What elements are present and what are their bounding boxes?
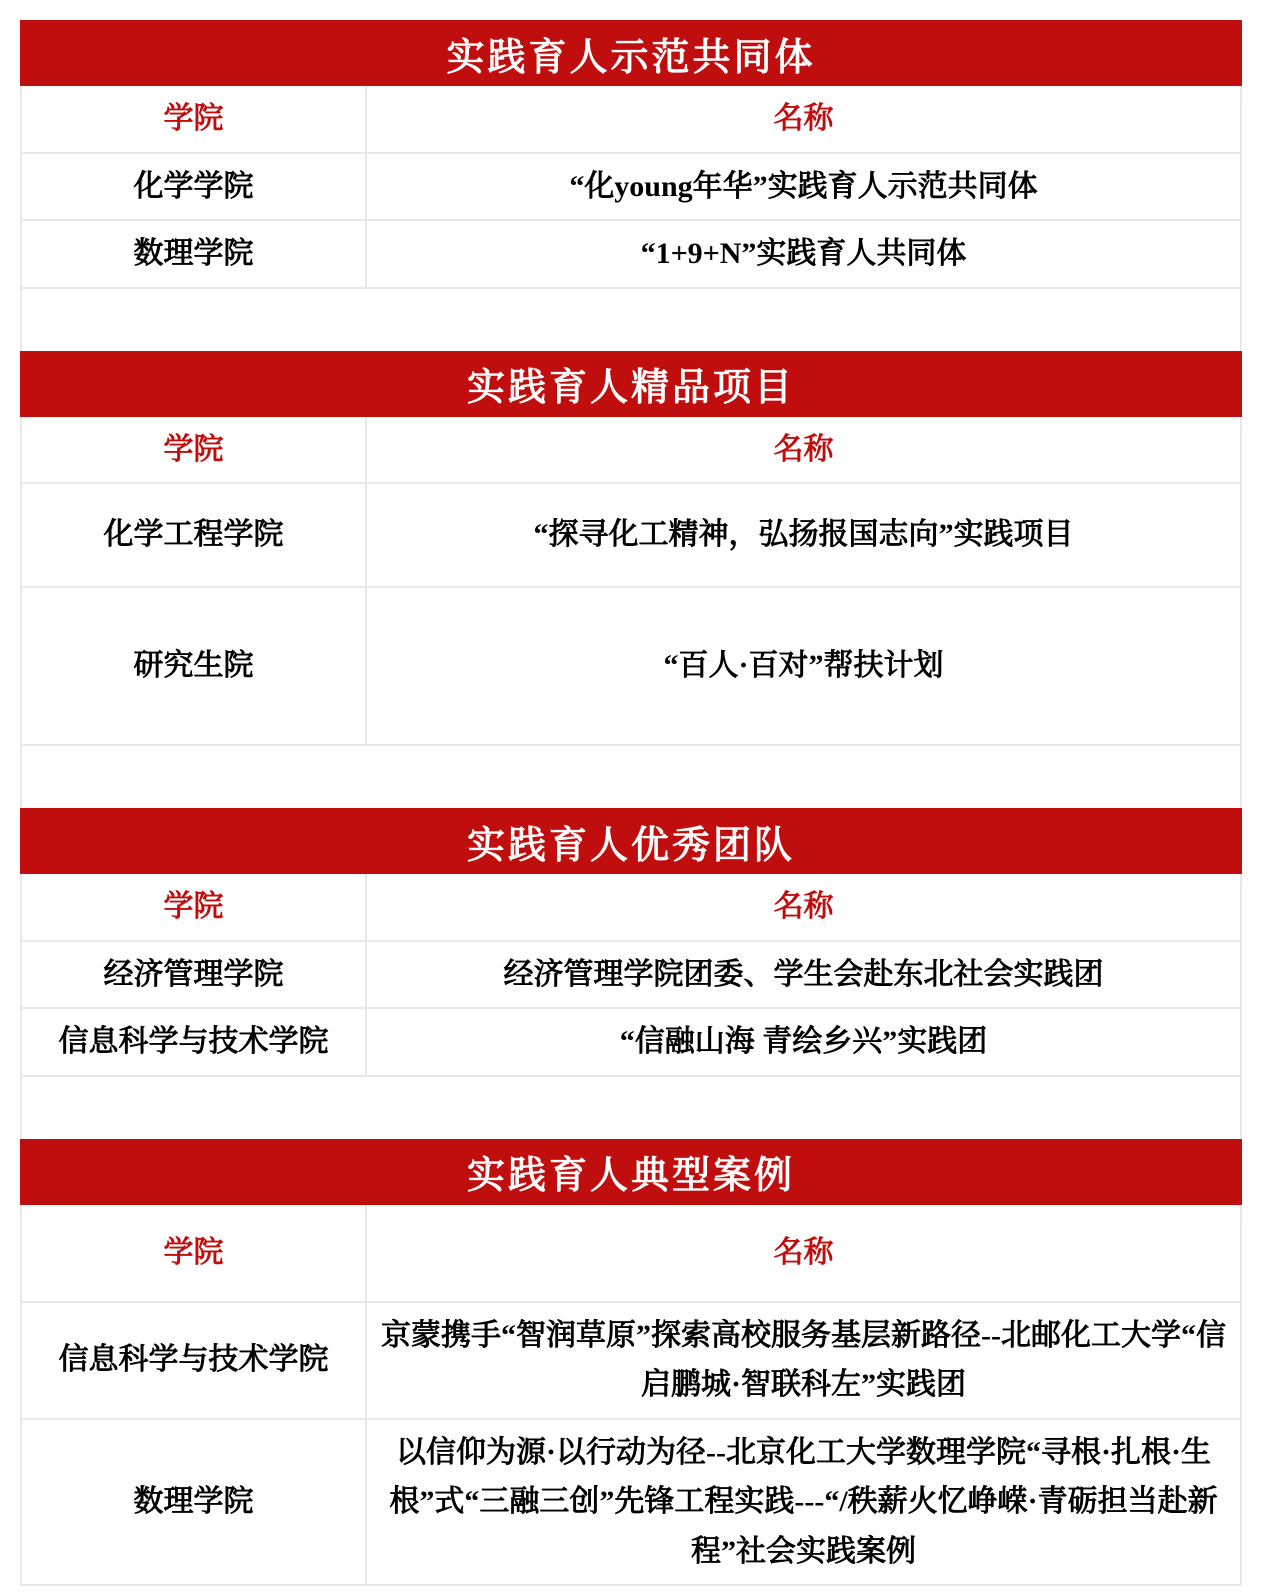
college-cell: 研究生院 [22,588,365,744]
college-cell: 数理学院 [22,1420,365,1585]
table-row: 化学工程学院 “探寻化工精神，弘扬报国志向”实践项目 [22,482,1240,586]
award-table: 学院 名称 经济管理学院 经济管理学院团委、学生会赴东北社会实践团 信息科学与技… [20,874,1242,1077]
column-header-name: 名称 [365,417,1240,483]
section-title: 实践育人优秀团队 [467,814,795,869]
section-title: 实践育人典型案例 [467,1144,795,1199]
table-spacer [20,1077,1242,1139]
table-spacer [20,289,1242,351]
college-cell: 经济管理学院 [22,942,365,1008]
name-cell: “1+9+N”实践育人共同体 [365,221,1240,287]
name-cell: “信融山海 青绘乡兴”实践团 [365,1009,1240,1075]
column-header-college: 学院 [22,874,365,940]
section-title-banner: 实践育人精品项目 [20,351,1242,417]
table-row: 研究生院 “百人·百对”帮扶计划 [22,586,1240,744]
name-cell: “探寻化工精神，弘扬报国志向”实践项目 [365,484,1240,586]
college-cell: 信息科学与技术学院 [22,1009,365,1075]
table-row: 数理学院 以信仰为源·以行动为径--北京化工大学数理学院“寻根·扎根·生根”式“… [22,1418,1240,1585]
section-title-banner: 实践育人典型案例 [20,1139,1242,1205]
name-cell: “百人·百对”帮扶计划 [365,588,1240,744]
table-row: 经济管理学院 经济管理学院团委、学生会赴东北社会实践团 [22,940,1240,1008]
section-quality-projects: 实践育人精品项目 学院 名称 化学工程学院 “探寻化工精神，弘扬报国志向”实践项… [20,351,1242,747]
table-header-row: 学院 名称 [22,86,1240,152]
column-header-college: 学院 [22,86,365,152]
college-cell: 信息科学与技术学院 [22,1303,365,1418]
table-header-row: 学院 名称 [22,874,1240,940]
table-spacer [20,746,1242,808]
table-row: 数理学院 “1+9+N”实践育人共同体 [22,219,1240,287]
section-title-banner: 实践育人示范共同体 [20,20,1242,86]
document-page: 实践育人示范共同体 学院 名称 化学学院 “化young年华”实践育人示范共同体… [0,0,1262,1596]
college-cell: 数理学院 [22,221,365,287]
college-cell: 化学学院 [22,154,365,220]
table-header-row: 学院 名称 [22,1205,1240,1301]
column-header-college: 学院 [22,417,365,483]
award-table: 学院 名称 化学学院 “化young年华”实践育人示范共同体 数理学院 “1+9… [20,86,1242,289]
section-title: 实践育人精品项目 [467,356,795,411]
name-cell: 京蒙携手“智润草原”探索高校服务基层新路径--北邮化工大学“信启鹏城·智联科左”… [365,1303,1240,1418]
column-header-name: 名称 [365,874,1240,940]
column-header-name: 名称 [365,1205,1240,1301]
table-header-row: 学院 名称 [22,417,1240,483]
table-row: 化学学院 “化young年华”实践育人示范共同体 [22,152,1240,220]
section-excellent-teams: 实践育人优秀团队 学院 名称 经济管理学院 经济管理学院团委、学生会赴东北社会实… [20,808,1242,1077]
name-cell: 以信仰为源·以行动为径--北京化工大学数理学院“寻根·扎根·生根”式“三融三创”… [365,1420,1240,1585]
column-header-name: 名称 [365,86,1240,152]
section-typical-cases: 实践育人典型案例 学院 名称 信息科学与技术学院 京蒙携手“智润草原”探索高校服… [20,1139,1242,1587]
award-table: 学院 名称 信息科学与技术学院 京蒙携手“智润草原”探索高校服务基层新路径--北… [20,1205,1242,1587]
section-title-banner: 实践育人优秀团队 [20,808,1242,874]
section-demonstration-community: 实践育人示范共同体 学院 名称 化学学院 “化young年华”实践育人示范共同体… [20,20,1242,289]
award-table: 学院 名称 化学工程学院 “探寻化工精神，弘扬报国志向”实践项目 研究生院 “百… [20,417,1242,747]
column-header-college: 学院 [22,1205,365,1301]
name-cell: “化young年华”实践育人示范共同体 [365,154,1240,220]
table-row: 信息科学与技术学院 “信融山海 青绘乡兴”实践团 [22,1007,1240,1075]
section-title: 实践育人示范共同体 [446,26,815,81]
name-cell: 经济管理学院团委、学生会赴东北社会实践团 [365,942,1240,1008]
table-row: 信息科学与技术学院 京蒙携手“智润草原”探索高校服务基层新路径--北邮化工大学“… [22,1301,1240,1418]
college-cell: 化学工程学院 [22,484,365,586]
